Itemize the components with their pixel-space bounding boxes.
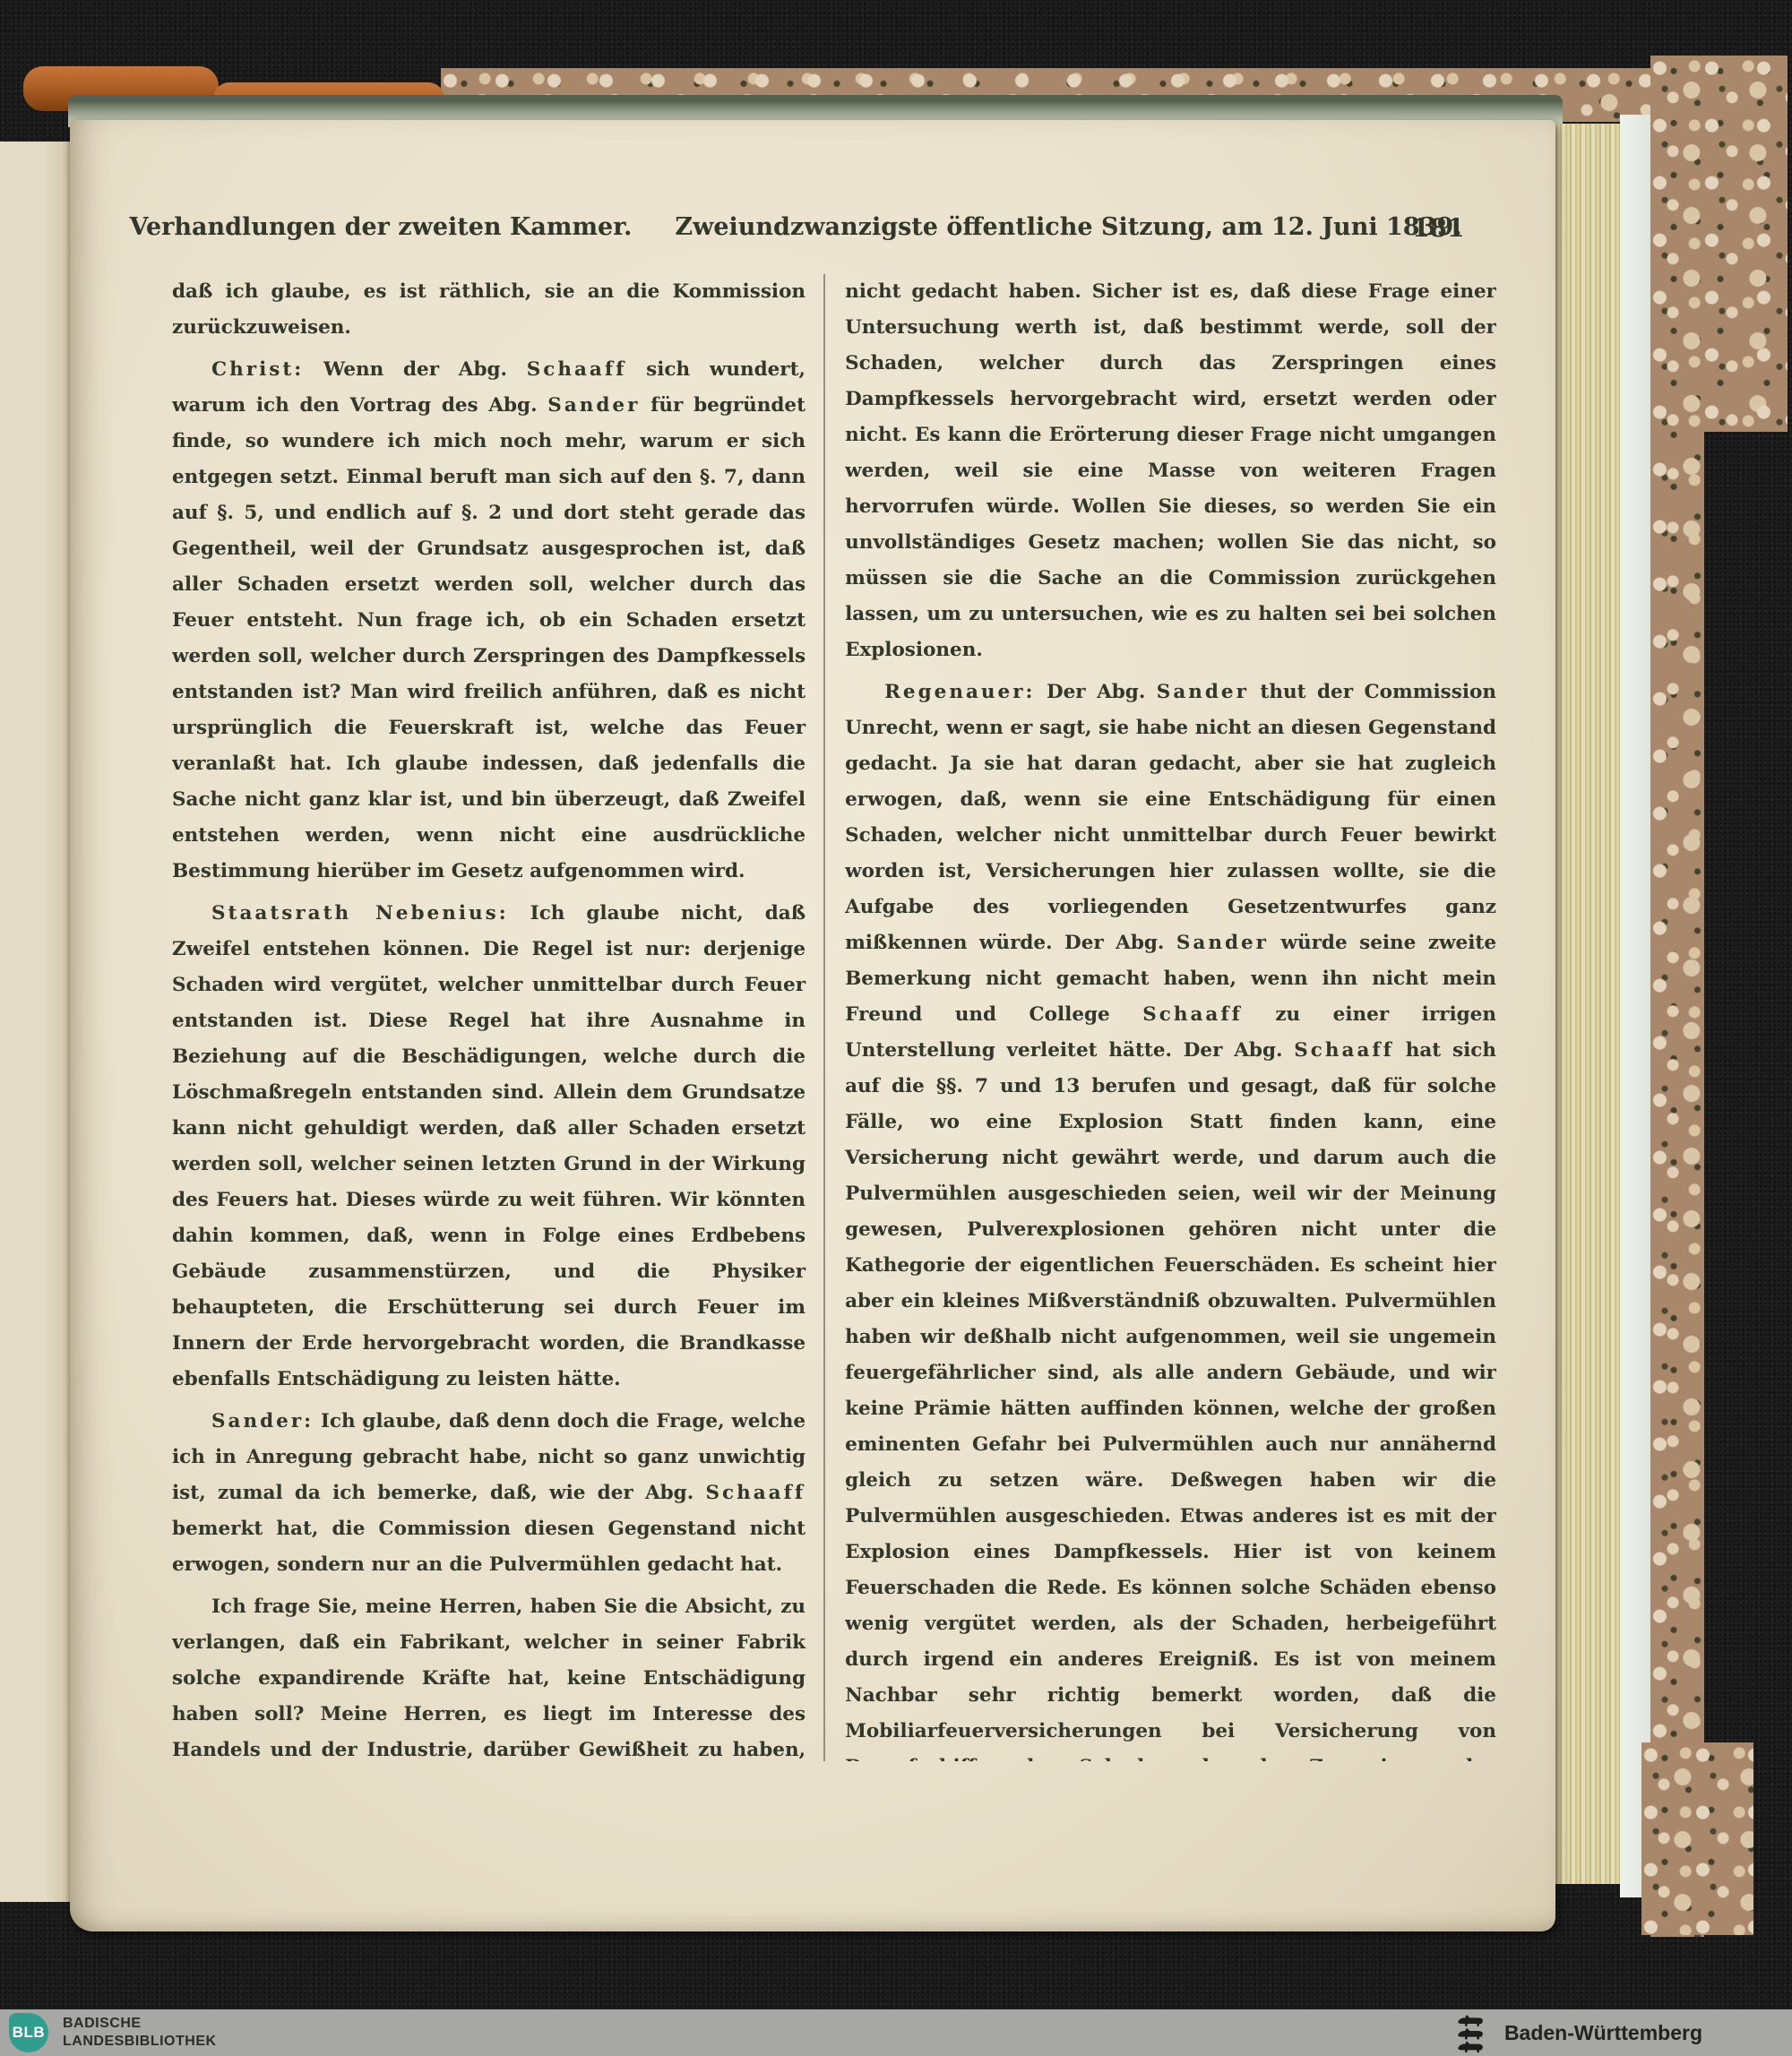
library-name-line2: LANDESBIBLIOTHEK	[63, 2033, 217, 2051]
state-label: Baden-Württemberg	[1504, 2021, 1702, 2045]
viewer-footer-bar: BLB BADISCHE LANDESBIBLIOTHEK Baden-Würt…	[0, 2009, 1792, 2056]
paragraph: Regenauer: Der Abg. Sander thut der Comm…	[845, 675, 1496, 1761]
text-segment: thut der Commission Unrecht, wenn er sag…	[845, 681, 1496, 954]
scanned-book-photo: Verhandlungen der zweiten Kammer. Zweiun…	[0, 0, 1792, 2056]
text-segment: Ich glaube nicht, daß Zweifel entstehen …	[172, 902, 806, 1390]
library-brand[interactable]: BLB BADISCHE LANDESBIBLIOTHEK	[9, 2013, 217, 2052]
paragraph: Staatsrath Nebenius: Ich glaube nicht, d…	[172, 896, 806, 1398]
marbled-cover-top-right	[1650, 56, 1788, 432]
page-number: 181	[1412, 213, 1464, 243]
endpaper-sliver	[1620, 115, 1652, 1897]
paragraph: Ich frage Sie, meine Herren, haben Sie d…	[172, 1589, 806, 1761]
text-segment: hat sich auf die §§. 7 und 13 berufen un…	[845, 1039, 1496, 1761]
paragraph: daß ich glaube, es ist räthlich, sie an …	[172, 274, 806, 346]
text-segment: Schaaff	[527, 358, 627, 381]
speaker-name: Sander:	[211, 1410, 314, 1432]
running-head-left: Verhandlungen der zweiten Kammer.	[129, 213, 632, 241]
text-segment: daß ich glaube, es ist räthlich, sie an …	[172, 280, 806, 339]
text-segment: Ich frage Sie, meine Herren, haben Sie d…	[172, 1596, 806, 1761]
paragraph: Christ: Wenn der Abg. Schaaff sich wunde…	[172, 352, 806, 890]
book-page: Verhandlungen der zweiten Kammer. Zweiun…	[70, 120, 1555, 1931]
paragraph: nicht gedacht haben. Sicher ist es, daß …	[845, 274, 1496, 668]
speaker-name: Christ:	[211, 358, 304, 381]
running-head-right: Zweiundzwanzigste öffentliche Sitzung, a…	[675, 213, 1461, 241]
text-segment: bemerkt hat, die Commission diesen Gegen…	[172, 1518, 806, 1576]
speaker-name: Staatsrath Nebenius:	[211, 902, 509, 925]
left-column: daß ich glaube, es ist räthlich, sie an …	[172, 274, 806, 1761]
text-segment: Sander	[547, 394, 640, 417]
facing-page-edge	[0, 142, 81, 1902]
library-name: BADISCHE LANDESBIBLIOTHEK	[63, 2015, 217, 2051]
three-lions-icon	[1454, 2013, 1490, 2052]
text-segment: Sander	[1157, 681, 1249, 703]
text-segment: nicht gedacht haben. Sicher ist es, daß …	[845, 280, 1496, 661]
text-segment: Sander	[1176, 932, 1269, 954]
blb-abbr: BLB	[13, 2024, 45, 2042]
text-segment: Wenn der Abg.	[304, 358, 527, 381]
text-segment: Der Abg.	[1035, 681, 1156, 703]
state-brand[interactable]: Baden-Württemberg	[1454, 2013, 1702, 2052]
right-column: nicht gedacht haben. Sicher ist es, daß …	[823, 274, 1496, 1761]
text-segment: Schaaff	[1142, 1003, 1243, 1026]
leather-corner-piece	[1594, 1818, 1693, 1933]
text-segment: Schaaff	[705, 1482, 806, 1504]
paragraph: Sander: Ich glaube, daß denn doch die Fr…	[172, 1404, 806, 1583]
library-name-line1: BADISCHE	[63, 2015, 217, 2033]
blb-logo-icon[interactable]: BLB	[9, 2013, 48, 2052]
text-segment: Schaaff	[1294, 1039, 1394, 1062]
text-columns: daß ich glaube, es ist räthlich, sie an …	[172, 274, 1496, 1761]
speaker-name: Regenauer:	[884, 681, 1035, 703]
text-segment: für begründet finde, so wundere ich mich…	[172, 394, 806, 882]
running-head: Verhandlungen der zweiten Kammer. Zweiun…	[168, 213, 1423, 241]
